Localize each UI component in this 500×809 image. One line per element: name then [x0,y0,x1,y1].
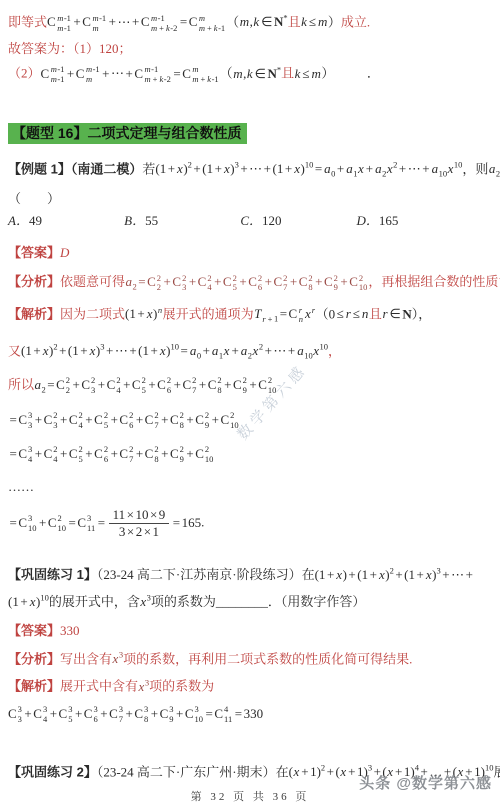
text-segment: 【巩固练习 2】 [8,764,97,779]
math-segment: x3 [138,679,149,694]
text-segment: （ ） [8,191,60,206]
math-segment: (1+x)2+(1+x)3+⋯+(1+x)10=a0+a1x+a2x2+⋯+a1… [155,161,462,176]
math-segment: a2=C22+C23+C24+C25+C26+C27+C28+C29+C210 [125,274,368,289]
math-segment: x3 [140,594,151,609]
math-segment: Cm-1m-1+Cm-1m+⋯+Cm-1m+k-2=Cmm+k-1 [47,14,226,29]
text-segment: 【例题 1】（南通二模） [8,161,142,176]
final-result-line: =C310+C210=C311=11×10×93×2×1=165. [8,507,492,541]
ellipsis-line: …… [8,477,492,497]
text-segment: （ [220,66,233,81]
also-expansion-line: 又(1+x)2+(1+x)3+⋯+(1+x)10=a0+a1x+a2x2+⋯+a… [8,341,492,363]
math-segment: C33+C34+C35+C36+C37+C38+C39+C310=C411=33… [8,706,263,721]
text-segment: 展开式的通项为 [163,306,254,321]
text-segment: 成立. [341,14,370,29]
page-footer: 第 32 页 共 36 页 [0,788,500,804]
text-segment: 330 [60,623,80,638]
text-segment: 【解析】 [8,306,60,321]
solution-line-example1: 【解析】因为二项式(1+x)n展开式的通项为Tr+1=Crnxr（0≤r≤n且r… [8,304,492,326]
text-segment: 项的系数为________．（用数字作答） [151,594,366,609]
text-segment: ，再根据组合数的性质计算可得. [368,274,500,289]
text-segment: 【分析】 [8,274,60,289]
option-item: A．49 [8,211,124,231]
text-segment: 【巩固练习 1】 [8,567,97,582]
math-segment: =C34+C24+C25+C26+C27+C28+C29+C210 [8,446,214,461]
math-segment: =C33+C23+C24+C25+C26+C27+C28+C29+C210 [8,412,240,427]
options-row: A．49B．55C．120D．165 [8,211,492,231]
text-segment: （23-24 高二下·广东广州·期末）在 [97,764,289,779]
answer-line-example1: 【答案】D [8,243,492,263]
text-segment: …… [8,479,34,494]
document-body: 即等式Cm-1m-1+Cm-1m+⋯+Cm-1m+k-2=Cmm+k-1（m,k… [0,0,500,782]
text-segment: 项的系数，再利用二项式系数的性质化简可得结果. [123,651,412,666]
text-segment: 【分析】 [8,651,60,666]
math-segment: Tr+1=Crnxr [254,306,316,321]
solution-line-exercise1: 【解析】展开式中含有x3项的系数为 [8,676,492,696]
text-segment: 【答案】 [8,245,60,260]
text-segment: ． [334,66,380,81]
math-segment: k≤m [294,66,321,81]
identity-conclusion-line: 即等式Cm-1m-1+Cm-1m+⋯+Cm-1m+k-2=Cmm+k-1（m,k… [8,12,492,33]
text-segment: 展开式中， [493,764,500,779]
text-segment: （ [226,14,239,29]
math-segment: 0≤r≤n [329,306,369,321]
exercise1-title: 【巩固练习 1】（23-24 高二下·江苏南京·阶段练习）在(1+x)+(1+x… [8,562,492,615]
analysis-line-example1: 【分析】依题意可得a2=C22+C23+C24+C25+C26+C27+C28+… [8,272,492,294]
math-segment: m,k∈N* [239,14,287,29]
math-segment: (1+x)2+(1+x)3+⋯+(1+x)10=a0+a1x+a2x2+⋯+a1… [21,343,328,358]
option-item: C．120 [240,211,356,231]
math-segment: m,k∈N* [233,66,281,81]
text-segment: 且 [369,306,382,321]
option-item: D．165 [356,211,472,231]
example1-title: 【例题 1】（南通二模）若(1+x)2+(1+x)3+⋯+(1+x)10=a0+… [8,159,492,181]
analysis-line-exercise1: 【分析】写出含有x3项的系数，再利用二项式系数的性质化简可得结果. [8,649,492,669]
answer-line-exercise1: 【答案】330 [8,621,492,641]
text-segment: 的展开式中，含 [49,594,140,609]
worksheet-page: { "page": { "footer": "第 32 页 共 36 页", "… [0,0,500,809]
text-segment: 因为二项式 [60,306,125,321]
text-segment: 故答案为：（1）120； [8,41,132,56]
coefficient-sum-line: C33+C34+C35+C36+C37+C38+C39+C310=C411=33… [8,704,492,725]
text-segment: ） [321,66,334,81]
math-segment: (1+x)n [125,306,163,321]
text-segment: 写出含有 [60,651,112,666]
text-segment: 依题意可得 [60,274,125,289]
text-segment: ）， [412,306,432,321]
text-segment: （23-24 高二下·江苏南京·阶段练习）在 [97,567,315,582]
text-segment: ，则 [462,161,488,176]
text-segment: 若 [142,161,155,176]
math-segment: x3 [112,651,123,666]
answer-summary-line: 故答案为：（1）120； [8,39,492,59]
math-segment: a2=C22+C23+C24+C25+C26+C27+C28+C29+C210 [34,377,277,392]
therefore-line: 所以a2=C22+C23+C24+C25+C26+C27+C28+C29+C21… [8,375,492,397]
math-segment: a2 [488,161,500,176]
text-segment: 【答案】 [8,623,60,638]
text-segment: 【题型 16】二项式定理与组合数性质 [8,123,247,144]
text-segment: 又 [8,343,21,358]
math-segment: r∈N [382,306,412,321]
text-segment: . [201,515,204,530]
text-segment: 项的系数为 [149,679,214,694]
text-segment: 【解析】 [8,679,60,694]
topic-header: 【题型 16】二项式定理与组合数性质 [8,123,492,145]
choice-parentheses: （ ） [8,189,492,209]
text-segment: 且 [288,14,301,29]
text-segment: D [60,245,69,260]
answer-part2-line: （2）Cm-1m-1+Cm-1m+⋯+Cm-1m+k-2=Cmm+k-1（m,k… [8,63,492,84]
text-segment: ， [328,343,341,358]
math-segment: Cm-1m-1+Cm-1m+⋯+Cm-1m+k-2=Cmm+k-1 [41,66,220,81]
text-segment: 即等式 [8,14,47,29]
text-segment: 展开式中含有 [60,679,138,694]
text-segment: （ [316,306,329,321]
text-segment: 所以 [8,377,34,392]
text-segment: （2） [8,66,41,81]
math-segment: k≤m [301,14,328,29]
text-segment: 且 [281,66,294,81]
equation-step-line: =C34+C24+C25+C26+C27+C28+C29+C210 [8,444,492,465]
math-segment: =C310+C210=C311=11×10×93×2×1=165 [8,515,201,530]
text-segment: ） [328,14,341,29]
option-item: B．55 [124,211,240,231]
